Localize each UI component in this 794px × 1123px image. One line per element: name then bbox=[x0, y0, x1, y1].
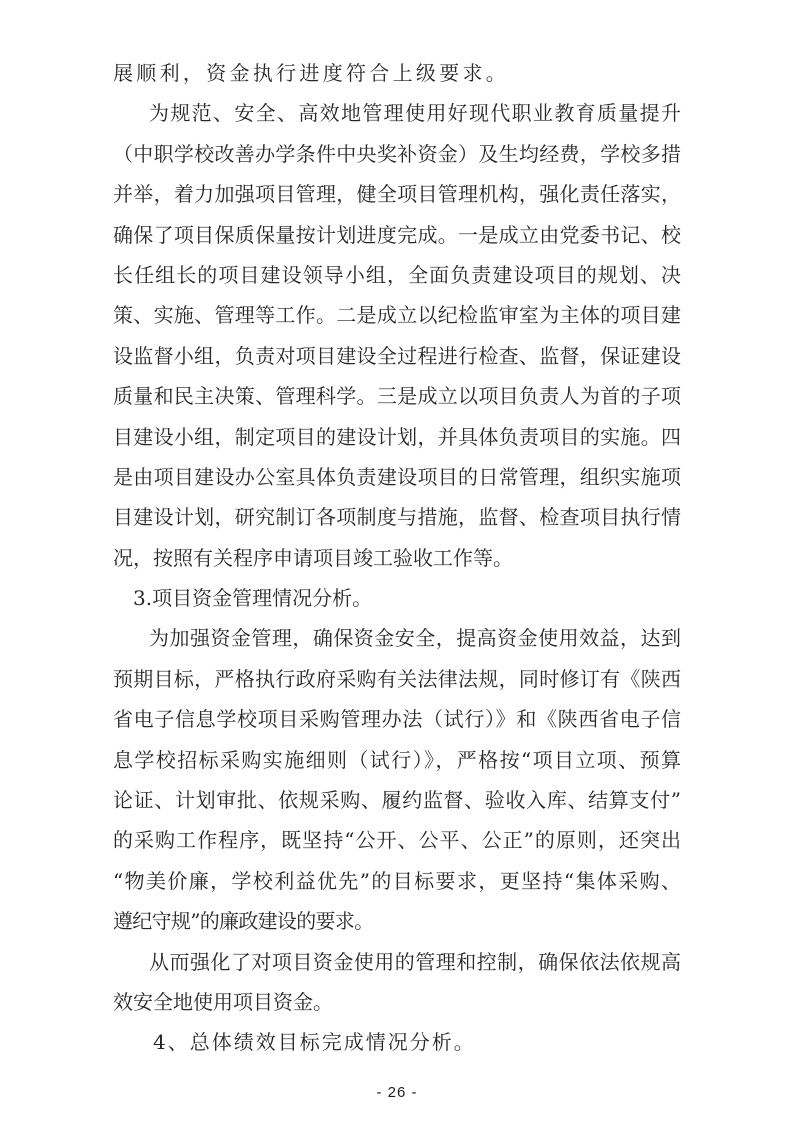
text-line: 目建设计划，研究制订各项制度与措施，监督、检查项目执行情 bbox=[113, 497, 681, 537]
text-line: 质量和民主决策、管理科学。三是成立以项目负责人为首的子项 bbox=[113, 376, 681, 416]
text-line: 确保了项目保质保量按计划进度完成。一是成立由党委书记、校 bbox=[113, 215, 681, 255]
document-page: 展顺利，资金执行进度符合上级要求。为规范、安全、高效地管理使用好现代职业教育质量… bbox=[0, 0, 794, 1123]
text-line: 论证、计划审批、依规采购、履约监督、验收入库、结算支付” bbox=[113, 780, 681, 820]
text-line: 从而强化了对项目资金使用的管理和控制，确保依法依规高 bbox=[113, 942, 681, 982]
text-line: 目建设小组，制定项目的建设计划，并具体负责项目的实施。四 bbox=[113, 417, 681, 457]
text-line: 遵纪守规”的廉政建设的要求。 bbox=[113, 901, 681, 941]
text-line: 为规范、安全、高效地管理使用好现代职业教育质量提升 bbox=[113, 93, 681, 133]
text-line: 是由项目建设办公室具体负责建设项目的日常管理，组织实施项 bbox=[113, 457, 681, 497]
text-line: 3.项目资金管理情况分析。 bbox=[113, 578, 681, 618]
text-line: 况，按照有关程序申请项目竣工验收工作等。 bbox=[113, 538, 681, 578]
text-line: 的采购工作程序，既坚持“公开、公平、公正”的原则，还突出 bbox=[113, 820, 681, 860]
text-line: 设监督小组，负责对项目建设全过程进行检查、监督，保证建设 bbox=[113, 336, 681, 376]
text-line: 策、实施、管理等工作。二是成立以纪检监审室为主体的项目建 bbox=[113, 295, 681, 335]
text-line: “物美价廉，学校利益优先”的目标要求，更坚持“集体采购、 bbox=[113, 861, 681, 901]
text-line: 效安全地使用项目资金。 bbox=[113, 982, 681, 1022]
text-line: 4、总体绩效目标完成情况分析。 bbox=[113, 1022, 681, 1062]
text-line: 预期目标，严格执行政府采购有关法律法规，同时修订有《陕西 bbox=[113, 659, 681, 699]
text-line: 省电子信息学校项目采购管理办法（试行）》和《陕西省电子信 bbox=[113, 699, 681, 739]
page-number: - 26 - bbox=[0, 1084, 794, 1101]
text-line: 息学校招标采购实施细则（试行）》，严格按“项目立项、预算 bbox=[113, 740, 681, 780]
text-line: 为加强资金管理，确保资金安全，提高资金使用效益，达到 bbox=[113, 618, 681, 658]
text-line: 展顺利，资金执行进度符合上级要求。 bbox=[113, 53, 681, 93]
text-line: 长任组长的项目建设领导小组，全面负责建设项目的规划、决 bbox=[113, 255, 681, 295]
text-line: 并举，着力加强项目管理，健全项目管理机构，强化责任落实， bbox=[113, 174, 681, 214]
document-body: 展顺利，资金执行进度符合上级要求。为规范、安全、高效地管理使用好现代职业教育质量… bbox=[113, 53, 681, 1063]
text-line: （中职学校改善办学条件中央奖补资金）及生均经费，学校多措 bbox=[113, 134, 681, 174]
